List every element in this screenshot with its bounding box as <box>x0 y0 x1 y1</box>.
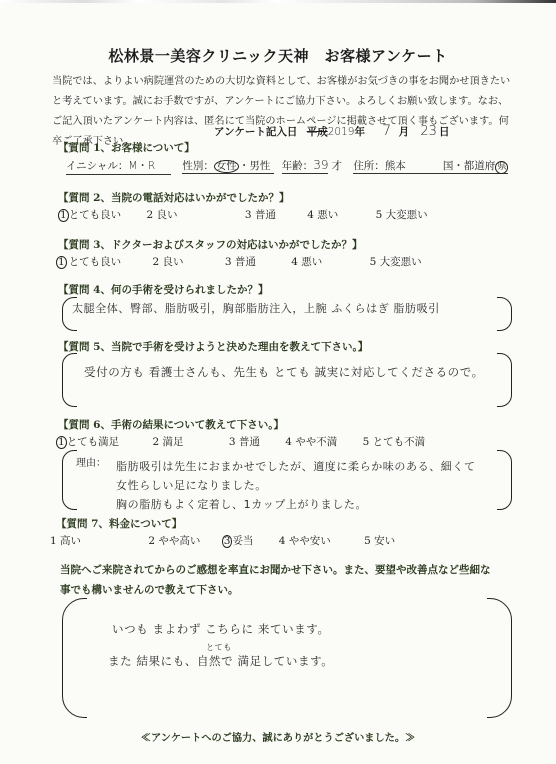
option-label: とても良い <box>69 256 122 268</box>
selected-circle: 3 <box>222 535 233 548</box>
q3-option-5[interactable]: 5 大変悪い <box>370 256 422 268</box>
q2-options: 1とても良い 2 良い 3 普通 4 悪い 5 大変悪い <box>58 207 428 222</box>
q3-option-2[interactable]: 2 良い <box>153 256 184 268</box>
survey-date: アンケート記入日 平成2019年 7 月 23日 <box>214 123 449 139</box>
q5-answer-box[interactable] <box>62 353 512 407</box>
age-field[interactable]: 年齢：39才 <box>282 160 346 172</box>
q7-options: 1 高い 2 やや高い 3妥当 4 やや安い 5 安い <box>50 533 395 548</box>
address-units: 国・都道府 <box>443 160 496 172</box>
footer-thanks: ≪アンケートへのご協力、誠にありがとうございました。≫ <box>0 729 556 744</box>
q2-option-3[interactable]: 3 普通 <box>245 209 276 221</box>
reason-line: 脂肪吸引は先生におまかせでしたが、適度に柔らか味のある、細くて <box>116 457 476 476</box>
q3-option-3[interactable]: 3 普通 <box>225 256 256 268</box>
q2-heading: 【質問 2、当院の電話対応はいかがでしたか？】 <box>58 190 289 205</box>
q2-option-5[interactable]: 5 大変悪い <box>376 209 428 221</box>
date-label: アンケート記入日 <box>214 126 297 138</box>
q5-answer: 受付の方も 看護士さんも、先生も とても 誠実に対応してくださるので。 <box>84 364 484 380</box>
q7-option-3[interactable]: 3妥当 <box>222 535 254 547</box>
initial-label: イニシャル： <box>66 160 128 172</box>
gender-field[interactable]: 性別：女性・男性 <box>182 160 273 174</box>
reason-line: 胸の脂肪もよく定着し、1カップ上がりました。 <box>116 495 476 514</box>
q2-option-1[interactable]: 1とても良い <box>58 209 121 221</box>
q7-option-4[interactable]: 4 やや安い <box>279 535 331 547</box>
q4-answer: 太腿全体、臀部、脂肪吸引，胸部脂肪注入，上腕 ふくらはぎ 脂肪吸引 <box>72 300 440 316</box>
q3-options: 1とても良い 2 良い 3 普通 4 悪い 5 大変悪い <box>56 254 422 269</box>
q7-heading: 【質問 7、料金について】 <box>56 516 182 531</box>
q6-heading: 【質問 6、手術の結果について教えて下さい。】 <box>58 417 284 432</box>
q6-option-5[interactable]: 5 とても不満 <box>363 436 426 448</box>
year-unit: 年 <box>354 126 365 138</box>
q4-heading: 【質問 4、何の手術を受けられましたか？】 <box>58 282 268 297</box>
address-value: 熊本 <box>385 158 443 173</box>
option-label: とても満足 <box>67 436 120 448</box>
q6-option-2[interactable]: 2 満足 <box>153 436 184 448</box>
q1-fields: イニシャル：M・R 性別：女性・男性 年齢：39才 住所：熊本国・都道府県 <box>66 158 508 175</box>
selected-circle: 1 <box>56 256 67 269</box>
q3-heading: 【質問 3、ドクターおよびスタッフの対応はいかがでしたか？】 <box>58 237 363 252</box>
q2-option-2[interactable]: 2 良い <box>147 209 178 221</box>
initial-field[interactable]: イニシャル：M・R <box>66 158 171 175</box>
impressions-annotation: とても <box>206 642 232 653</box>
date-year: 2019 <box>328 126 355 138</box>
date-month: 7 <box>382 123 391 139</box>
age-unit: 才 <box>331 160 342 172</box>
q6-options: 1とても満足 2 満足 3 普通 4 やや不満 5 とても不満 <box>56 434 425 449</box>
scan-edge <box>0 0 556 3</box>
reason-line: 女性らしい足になりました。 <box>116 476 476 495</box>
gender-sep: ・ <box>239 160 250 172</box>
option-label: 妥当 <box>232 535 253 547</box>
date-day: 23 <box>420 124 437 139</box>
address-unit-selected[interactable]: 県 <box>495 161 508 174</box>
q6-option-3[interactable]: 3 普通 <box>229 436 260 448</box>
q6-option-1[interactable]: 1とても満足 <box>56 436 119 448</box>
q6-option-4[interactable]: 4 やや不満 <box>285 436 337 448</box>
selected-circle: 1 <box>56 436 67 449</box>
gender-label: 性別： <box>182 160 214 172</box>
q6-reason: 脂肪吸引は先生におまかせでしたが、適度に柔らか味のある、細くて 女性らしい足にな… <box>116 457 476 514</box>
q2-option-4[interactable]: 4 悪い <box>307 209 338 221</box>
q7-option-2[interactable]: 2 やや高い <box>148 535 200 547</box>
document-title: 松林景一美容クリニック天神 お客様アンケート <box>0 45 556 66</box>
impressions-prompt: 当院へご来院されてからのご感想を率直にお聞かせ下さい。また、要望や改善点など些細… <box>60 560 500 600</box>
initial-value: M・R <box>128 160 155 172</box>
q1-heading: 【質問 1、お客様について】 <box>58 140 195 155</box>
address-field[interactable]: 住所：熊本国・都道府県 <box>353 160 508 174</box>
impressions-line-1: いつも まよわず こちらに 来ています。 <box>112 621 330 637</box>
age-value: 39 <box>313 158 328 172</box>
q7-option-5[interactable]: 5 安い <box>364 535 395 547</box>
month-unit: 月 <box>399 126 410 138</box>
impressions-line-2: また 結果にも、自然で 満足しています。 <box>108 653 333 669</box>
age-label: 年齢： <box>282 160 314 172</box>
q6-reason-label: 理由： <box>76 454 106 469</box>
address-label: 住所： <box>353 160 385 172</box>
q3-option-1[interactable]: 1とても良い <box>56 256 121 268</box>
gender-male[interactable]: 男性 <box>249 160 270 172</box>
gender-female-selected[interactable]: 女性 <box>214 160 239 173</box>
q7-option-1[interactable]: 1 高い <box>50 535 81 547</box>
day-unit: 日 <box>439 126 450 138</box>
q3-option-4[interactable]: 4 悪い <box>291 256 322 268</box>
era-struck: 平成 <box>307 126 328 138</box>
selected-circle: 1 <box>58 209 69 222</box>
option-label: とても良い <box>69 209 122 221</box>
